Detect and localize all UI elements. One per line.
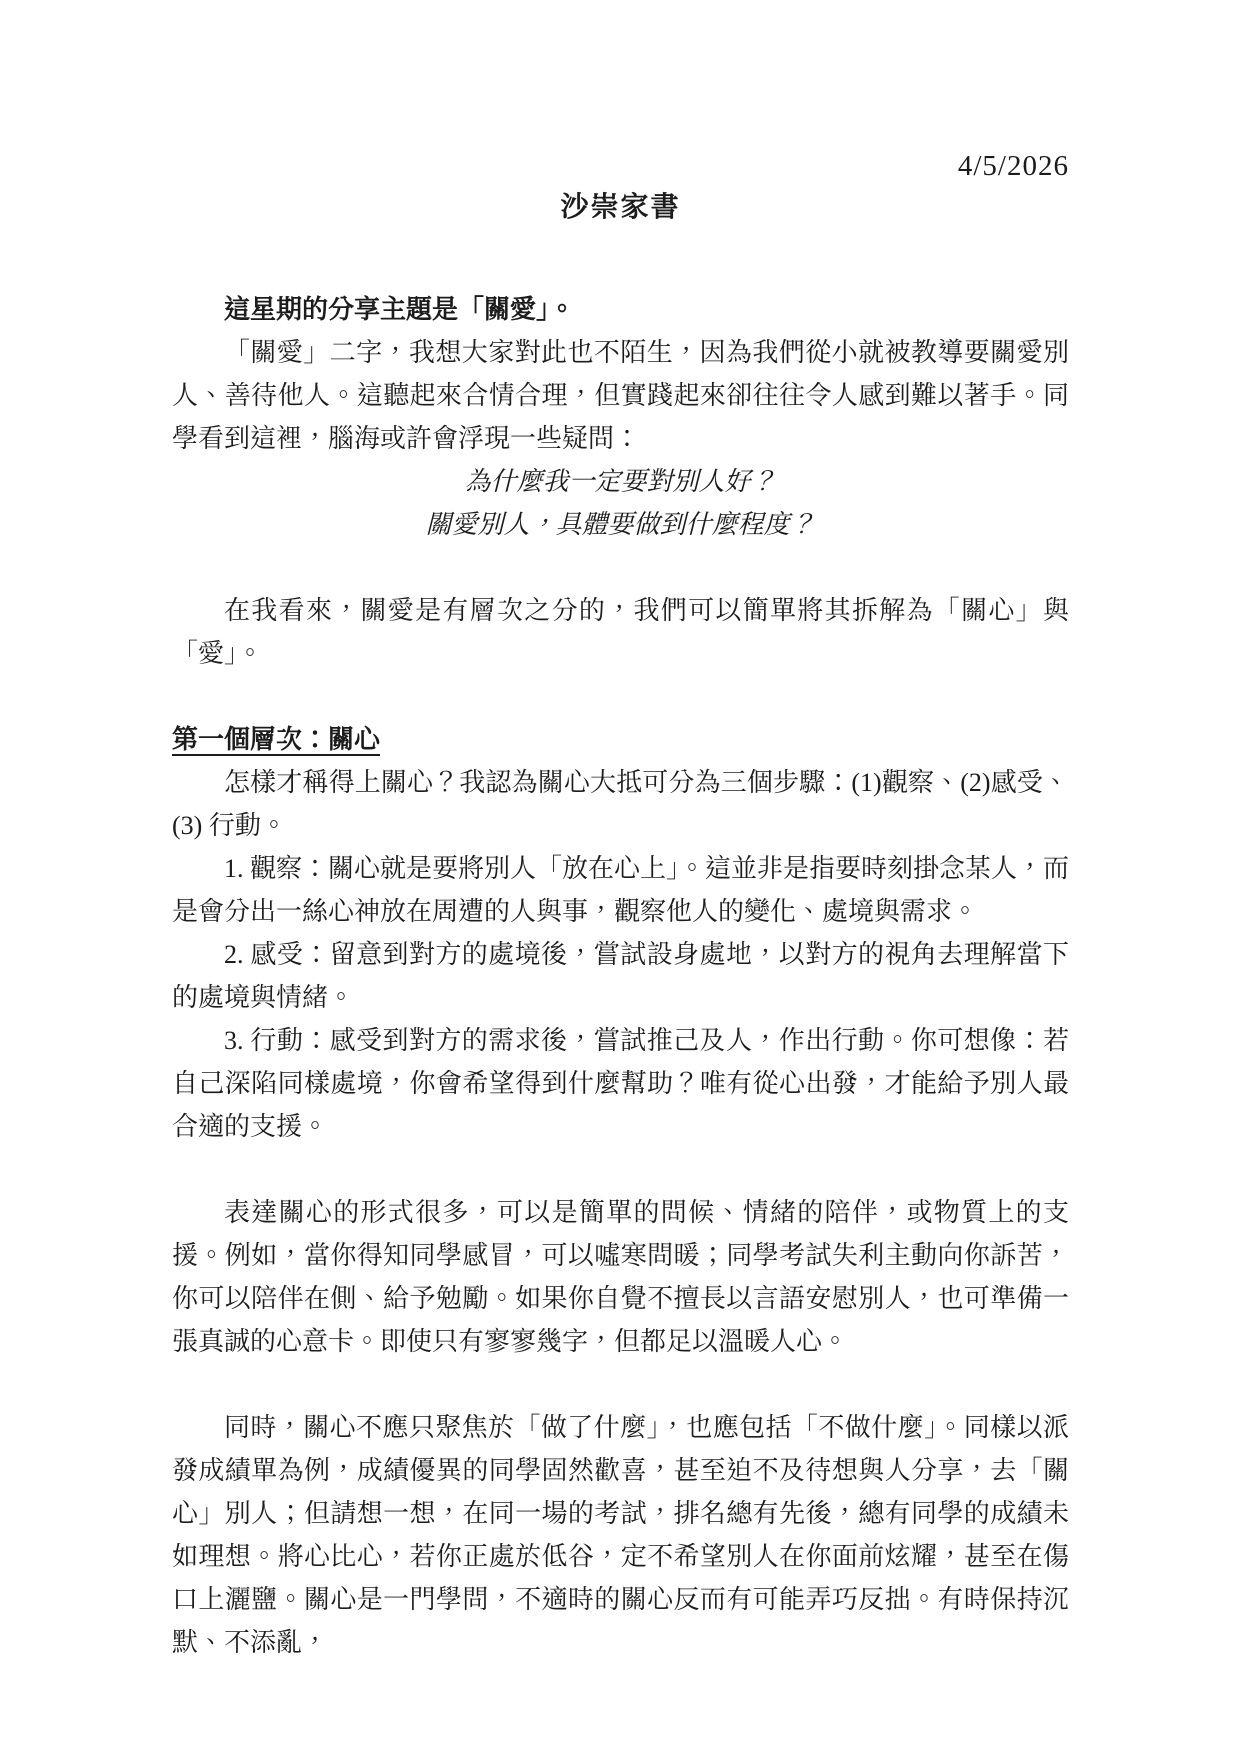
paragraph-guanai-intro: 「關愛」二字，我想大家對此也不陌生，因為我們從小就被教導要關愛別人、善待他人。這… xyxy=(172,331,1069,460)
paragraph-donts: 同時，關心不應只聚焦於「做了什麼」，也應包括「不做什麼」。同樣以派發成績單為例，… xyxy=(172,1406,1069,1664)
section-heading-level1-text: 第一個層次：關心 xyxy=(172,725,380,754)
question-line-2: 關愛別人，具體要做到什麼程度？ xyxy=(172,503,1069,546)
paragraph-expressions: 表達關心的形式很多，可以是簡單的問候、情緒的陪伴，或物質上的支援。例如，當你得知… xyxy=(172,1191,1069,1363)
section-heading-level1: 第一個層次：關心 xyxy=(172,718,1069,761)
spacer xyxy=(172,228,1069,288)
question-line-1: 為什麼我一定要對別人好？ xyxy=(172,460,1069,503)
paragraph-step-observe: 1. 觀察：關心就是要將別人「放在心上」。這並非是指要時刻掛念某人，而是會分出一… xyxy=(172,847,1069,933)
intro-statement: 這星期的分享主題是「關愛」。 xyxy=(172,288,1069,331)
paragraph-levels: 在我看來，關愛是有層次之分的，我們可以簡單將其拆解為「關心」與「愛」。 xyxy=(172,589,1069,675)
document-title: 沙崇家書 xyxy=(172,188,1069,228)
paragraph-steps-overview: 怎樣才稱得上關心？我認為關心大抵可分為三個步驟：(1)觀察、(2)感受、(3) … xyxy=(172,761,1069,847)
document-date: 4/5/2026 xyxy=(172,148,1069,184)
spacer xyxy=(172,1148,1069,1191)
spacer xyxy=(172,546,1069,589)
paragraph-step-act: 3. 行動：感受到對方的需求後，嘗試推己及人，作出行動。你可想像：若自己深陷同樣… xyxy=(172,1019,1069,1148)
paragraph-step-feel: 2. 感受：留意到對方的處境後，嘗試設身處地，以對方的視角去理解當下的處境與情緒… xyxy=(172,933,1069,1019)
spacer xyxy=(172,675,1069,718)
spacer xyxy=(172,1363,1069,1406)
document-page: 4/5/2026 沙崇家書 這星期的分享主題是「關愛」。 「關愛」二字，我想大家… xyxy=(0,0,1241,1755)
